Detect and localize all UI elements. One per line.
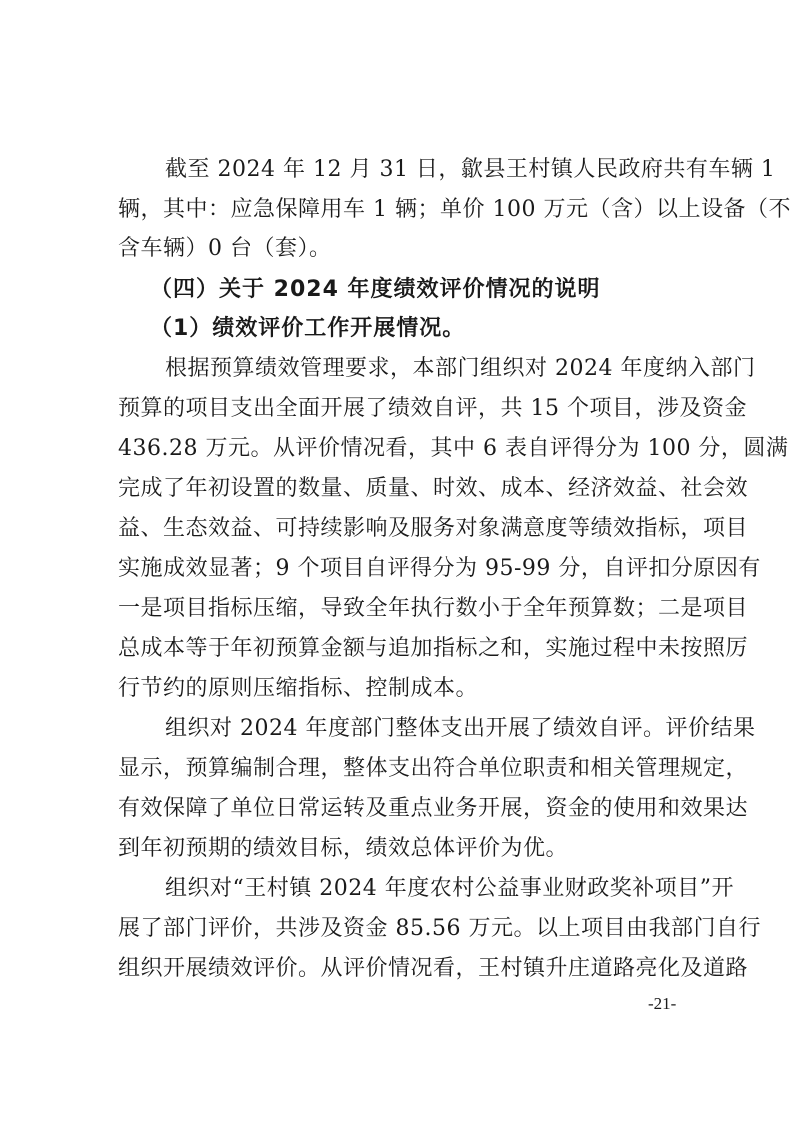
paragraph-overall-line-2: 显示，预算编制合理，整体支出符合单位职责和相关管理规定，: [118, 749, 693, 789]
paragraph-vehicles-line-1: 截至 2024 年 12 月 31 日，歙县王村镇人民政府共有车辆 1: [165, 150, 693, 190]
section-heading: （四）关于 2024 年度绩效评价情况的说明: [150, 270, 601, 310]
paragraph-overall-line-4: 到年初预期的绩效目标，绩效总体评价为优。: [118, 829, 693, 869]
document-page: 截至 2024 年 12 月 31 日，歙县王村镇人民政府共有车辆 1 辆，其中…: [0, 0, 793, 1122]
paragraph-self-eval-line-2: 预算的项目支出全面开展了绩效自评，共 15 个项目，涉及资金: [118, 389, 693, 429]
subsection-heading: （1）绩效评价工作开展情况。: [150, 309, 465, 349]
paragraph-project-line-1: 组织对“王村镇 2024 年度农村公益事业财政奖补项目”开: [165, 869, 693, 909]
paragraph-self-eval-line-3: 436.28 万元。从评价情况看，其中 6 表自评得分为 100 分，圆满: [118, 429, 693, 469]
page-number: -21-: [648, 992, 676, 1016]
paragraph-vehicles-line-2: 辆，其中：应急保障用车 1 辆；单价 100 万元（含）以上设备（不: [118, 190, 693, 230]
paragraph-self-eval-line-5: 益、生态效益、可持续影响及服务对象满意度等绩效指标，项目: [118, 509, 693, 549]
paragraph-self-eval-line-9: 行节约的原则压缩指标、控制成本。: [118, 669, 693, 709]
paragraph-project-line-3: 组织开展绩效评价。从评价情况看，王村镇升庄道路亮化及道路: [118, 949, 693, 989]
paragraph-project-line-2: 展了部门评价，共涉及资金 85.56 万元。以上项目由我部门自行: [118, 909, 693, 949]
paragraph-self-eval-line-7: 一是项目指标压缩，导致全年执行数小于全年预算数；二是项目: [118, 589, 693, 629]
paragraph-self-eval-line-8: 总成本等于年初预算金额与追加指标之和，实施过程中未按照厉: [118, 629, 693, 669]
paragraph-overall-line-1: 组织对 2024 年度部门整体支出开展了绩效自评。评价结果: [165, 709, 693, 749]
paragraph-self-eval-line-4: 完成了年初设置的数量、质量、时效、成本、经济效益、社会效: [118, 469, 693, 509]
paragraph-overall-line-3: 有效保障了单位日常运转及重点业务开展，资金的使用和效果达: [118, 789, 693, 829]
paragraph-self-eval-line-6: 实施成效显著；9 个项目自评得分为 95-99 分，自评扣分原因有: [118, 549, 693, 589]
paragraph-self-eval-line-1: 根据预算绩效管理要求，本部门组织对 2024 年度纳入部门: [165, 349, 693, 389]
paragraph-vehicles-line-3: 含车辆）0 台（套）。: [118, 229, 693, 269]
